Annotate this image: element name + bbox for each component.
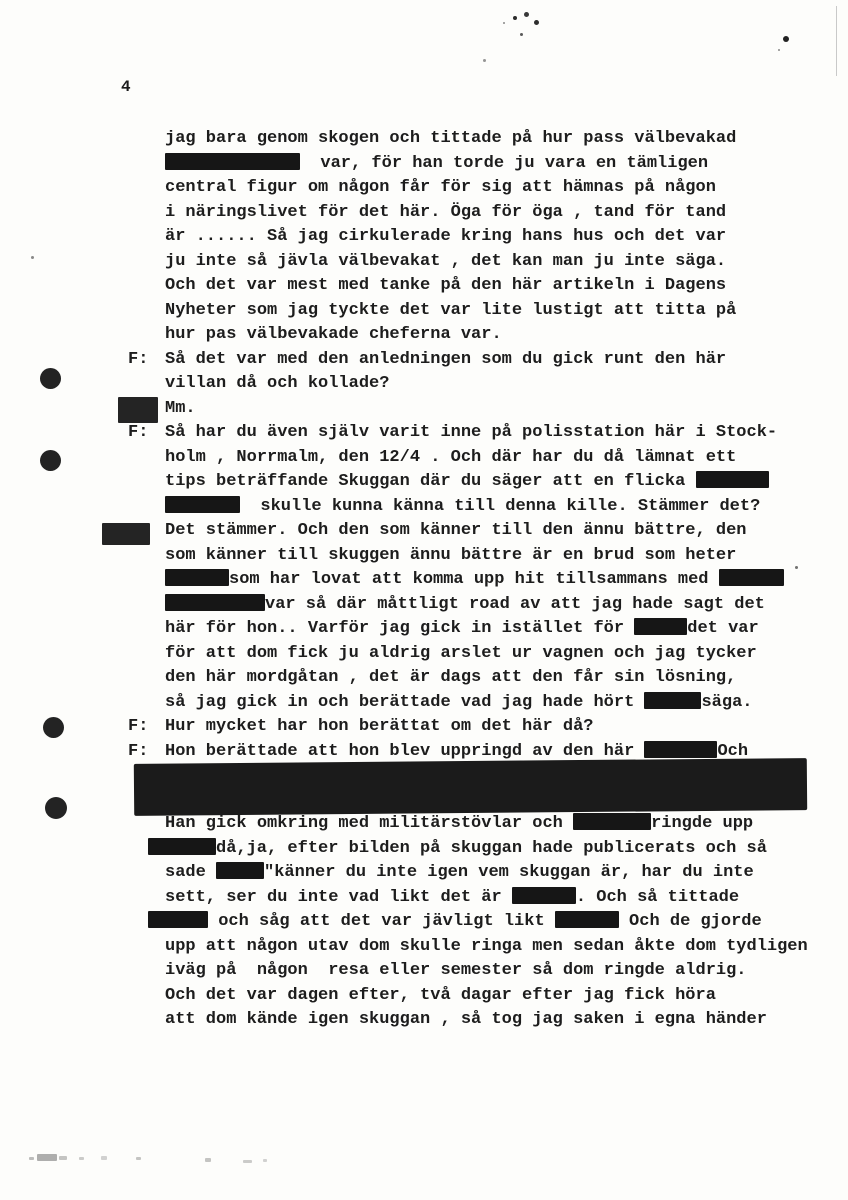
transcript-line: central figur om någon får för sig att h… — [128, 176, 784, 201]
smudge-mark — [205, 1158, 211, 1162]
line-text: Hon berättade att hon blev uppringd av d… — [165, 742, 644, 761]
hole-punch-mark — [45, 797, 67, 819]
transcript-line: Och det var mest med tanke på den här ar… — [128, 274, 784, 299]
ink-speck — [534, 20, 539, 25]
redaction-mark — [555, 911, 619, 928]
line-text: Det stämmer. Och den som känner till den… — [165, 521, 747, 540]
line-text: ju inte så jävla välbevakat , det kan ma… — [165, 252, 726, 271]
transcript-line: F:Hur mycket har hon berättat om det här… — [128, 715, 784, 740]
transcript-line: att dom kände igen skuggan , så tog jag … — [128, 1008, 808, 1033]
transcript-section-lower: Han gick omkring med militärstövlar och … — [128, 812, 808, 1033]
ink-speck — [795, 566, 798, 569]
transcript-line: skulle kunna känna till denna kille. Stä… — [128, 495, 784, 520]
line-text: då,ja, efter bilden på skuggan hade publ… — [216, 839, 767, 858]
smudge-mark — [79, 1157, 84, 1160]
ink-speck — [783, 36, 789, 42]
transcript-line: den här mordgåtan , det är dags att den … — [128, 666, 784, 691]
line-text: tips beträffande Skuggan där du säger at… — [165, 472, 696, 491]
redaction-mark — [216, 862, 264, 879]
line-text: skulle kunna känna till denna kille. Stä… — [240, 497, 760, 516]
transcript-line: sett, ser du inte vad likt det är . Och … — [128, 886, 808, 911]
transcript-line: jag bara genom skogen och tittade på hur… — [128, 127, 784, 152]
ink-speck — [520, 33, 523, 36]
line-text: Och de gjorde — [619, 912, 762, 931]
line-text: den här mordgåtan , det är dags att den … — [165, 668, 736, 687]
line-text: det var — [687, 619, 758, 638]
redaction-mark — [165, 569, 229, 586]
line-text: som känner till skuggen ännu bättre är e… — [165, 546, 736, 565]
redaction-mark — [696, 471, 769, 488]
ink-speck — [524, 12, 529, 17]
transcript-line: F:Så det var med den anledningen som du … — [128, 348, 784, 373]
transcript-line: Nyheter som jag tyckte det var lite lust… — [128, 299, 784, 324]
line-text: hur pas välbevakade cheferna var. — [165, 325, 502, 344]
line-text: var, för han torde ju vara en tämligen — [300, 154, 708, 173]
ink-speck — [778, 49, 780, 51]
transcript-line: så jag gick in och berättade vad jag had… — [128, 691, 784, 716]
transcript-line: Det stämmer. Och den som känner till den… — [128, 519, 784, 544]
line-text: . Och så tittade — [576, 888, 739, 907]
line-text: "känner du inte igen vem skuggan är, har… — [264, 863, 754, 882]
line-text: sade — [165, 863, 216, 882]
transcript-line: var, för han torde ju vara en tämligen — [128, 152, 784, 177]
line-text: Han gick omkring med militärstövlar och — [165, 814, 573, 833]
line-text: Så det var med den anledningen som du gi… — [165, 350, 726, 369]
speaker-label: F: — [128, 715, 165, 740]
redaction-mark — [165, 153, 300, 170]
transcript-line: F:Så har du även själv varit inne på pol… — [128, 421, 784, 446]
transcript-section-upper: jag bara genom skogen och tittade på hur… — [128, 127, 784, 764]
line-text: att dom kände igen skuggan , så tog jag … — [165, 1010, 767, 1029]
transcript-line: hur pas välbevakade cheferna var. — [128, 323, 784, 348]
line-text: ringde upp — [651, 814, 753, 833]
redaction-mark — [512, 887, 576, 904]
smudge-mark — [136, 1157, 141, 1160]
scan-edge-line — [836, 6, 837, 76]
transcript-line: tips beträffande Skuggan där du säger at… — [128, 470, 784, 495]
line-text: iväg på någon resa eller semester så dom… — [165, 961, 747, 980]
page-number: 4 — [121, 78, 131, 96]
speaker-label: F: — [128, 740, 165, 765]
smudge-mark — [243, 1160, 252, 1163]
line-text: så jag gick in och berättade vad jag had… — [165, 693, 644, 712]
transcript-line: var så där måttligt road av att jag hade… — [128, 593, 784, 618]
transcript-line: Han gick omkring med militärstövlar och … — [128, 812, 808, 837]
line-text: central figur om någon får för sig att h… — [165, 178, 716, 197]
ink-speck — [503, 22, 505, 24]
redaction-mark — [165, 496, 240, 513]
line-text: Hur mycket har hon berättat om det här d… — [165, 717, 593, 736]
transcript-line: Mm. — [128, 397, 784, 422]
transcript-line: ju inte så jävla välbevakat , det kan ma… — [128, 250, 784, 275]
line-text: holm , Norrmalm, den 12/4 . Och där har … — [165, 448, 736, 467]
ink-speck — [513, 16, 517, 20]
line-text: Så har du även själv varit inne på polis… — [165, 423, 777, 442]
line-text: i näringslivet för det här. Öga för öga … — [165, 203, 726, 222]
transcript-line: här för hon.. Varför jag gick in iställe… — [128, 617, 784, 642]
smudge-mark — [101, 1156, 107, 1160]
transcript-line: för att dom fick ju aldrig arslet ur vag… — [128, 642, 784, 667]
ink-speck — [483, 59, 486, 62]
transcript-line: som har lovat att komma upp hit tillsamm… — [128, 568, 784, 593]
margin-redaction-mark — [102, 523, 150, 545]
transcript-line: villan då och kollade? — [128, 372, 784, 397]
redaction-mark — [644, 692, 701, 709]
hole-punch-mark — [40, 368, 61, 389]
line-text: för att dom fick ju aldrig arslet ur vag… — [165, 644, 757, 663]
transcript-line: iväg på någon resa eller semester så dom… — [128, 959, 808, 984]
redaction-mark — [148, 838, 216, 855]
speaker-label: F: — [128, 348, 165, 373]
line-text: är ...... Så jag cirkulerade kring hans … — [165, 227, 726, 246]
line-text: här för hon.. Varför jag gick in iställe… — [165, 619, 634, 638]
redaction-mark — [148, 911, 208, 928]
smudge-mark — [59, 1156, 67, 1160]
line-text: Nyheter som jag tyckte det var lite lust… — [165, 301, 736, 320]
line-text: sett, ser du inte vad likt det är — [165, 888, 512, 907]
transcript-line: upp att någon utav dom skulle ringa men … — [128, 935, 808, 960]
redaction-mark — [644, 741, 717, 758]
transcript-line: sade "känner du inte igen vem skuggan är… — [128, 861, 808, 886]
transcript-line: i näringslivet för det här. Öga för öga … — [128, 201, 784, 226]
redaction-mark — [573, 813, 651, 830]
transcript-line: holm , Norrmalm, den 12/4 . Och där har … — [128, 446, 784, 471]
speaker-label: F: — [128, 421, 165, 446]
line-text: säga. — [701, 693, 752, 712]
transcript-line: är ...... Så jag cirkulerade kring hans … — [128, 225, 784, 250]
transcript-line: då,ja, efter bilden på skuggan hade publ… — [128, 837, 808, 862]
line-text: jag bara genom skogen och tittade på hur… — [165, 129, 736, 148]
transcript-line: och såg att det var jävligt likt Och de … — [128, 910, 808, 935]
line-text: Mm. — [165, 399, 196, 418]
redaction-mark — [165, 594, 265, 611]
line-text: var så där måttligt road av att jag hade… — [265, 595, 765, 614]
line-text: Och det var dagen efter, två dagar efter… — [165, 986, 716, 1005]
scanned-document-page: 4 jag bara genom skogen och tittade på h… — [0, 0, 848, 1200]
smudge-mark — [263, 1159, 267, 1162]
transcript-line: som känner till skuggen ännu bättre är e… — [128, 544, 784, 569]
transcript-line: Och det var dagen efter, två dagar efter… — [128, 984, 808, 1009]
line-text: villan då och kollade? — [165, 374, 389, 393]
line-text: och såg att det var jävligt likt — [208, 912, 555, 931]
ink-speck — [31, 256, 34, 259]
redaction-mark — [634, 618, 687, 635]
hole-punch-mark — [40, 450, 61, 471]
line-text: som har lovat att komma upp hit tillsamm… — [229, 570, 719, 589]
margin-redaction-mark — [118, 397, 158, 423]
redaction-mark — [719, 569, 784, 586]
smudge-mark — [29, 1157, 34, 1160]
line-text: Och det var mest med tanke på den här ar… — [165, 276, 726, 295]
smudge-mark — [37, 1154, 57, 1161]
line-text: upp att någon utav dom skulle ringa men … — [165, 937, 808, 956]
hole-punch-mark — [43, 717, 64, 738]
large-redaction-block — [134, 758, 807, 816]
